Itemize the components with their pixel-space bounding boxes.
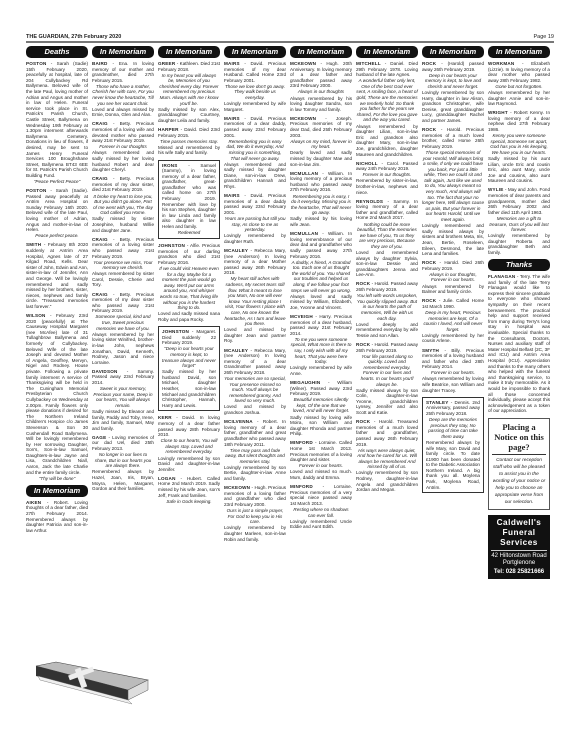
- notice-remembered-by: Lovingly remembered Uncle Eddie and Aunt…: [290, 519, 352, 530]
- notice-surname: JOHNSTON: [158, 243, 185, 248]
- notice-text: ROCK - Harold. Passed away 26th February…: [356, 281, 418, 292]
- column-3: In Memoriam GREER - Kathleen. Died 21st …: [158, 46, 220, 508]
- notice-entry: JOHNSTON - Alfie. Precious memories of o…: [158, 243, 220, 322]
- notice-surname: POSTON: [26, 61, 47, 66]
- column-deaths: Deaths POSTON - Sarah (Sadie) 15th Febru…: [26, 46, 88, 537]
- newspaper-page: THE GUARDIAN, 27th February 2020 Page 19…: [26, 28, 554, 728]
- notice-verse: His ways were always quiet, And how he c…: [356, 448, 418, 470]
- notice-entry: MCMULLAN - William. In loving memory of …: [290, 171, 352, 228]
- advert-title: Caldwell's Funeral Services: [491, 518, 547, 551]
- notice-surname: HARPER: [158, 127, 179, 132]
- notice-verse: Safe in Gods keeping.: [158, 499, 220, 505]
- notice-verse: In my heart you will always be, Memories…: [158, 73, 220, 107]
- notice-text: LOGAN - Hubert. Called Home 2nd March 20…: [158, 476, 220, 498]
- notice-entry: IRONS - Samuel (Sammy), in loving memory…: [158, 160, 220, 240]
- notice-remembered-by: Loved and missed by daughter Jean and pa…: [224, 327, 286, 344]
- notice-text: POSTON - Sarah (Sadie) 15th February 202…: [26, 61, 88, 178]
- notice-verse: Memories are a gift to treasure, Ours of…: [488, 216, 550, 233]
- masthead: THE GUARDIAN, 27th February 2020 Page 19: [26, 28, 554, 40]
- notice-surname: MCMULLAN: [290, 231, 318, 236]
- notice-verse: Forever in our thoughts: [92, 144, 154, 150]
- notice-body: - Sarah (Sadie) 15th February 2020, peac…: [26, 61, 88, 178]
- notice-text: WILSON - February 23rd 2020 (peacefully)…: [26, 313, 88, 475]
- notice-title: Placing a Notice on this page?: [492, 422, 546, 455]
- notice-entry: REYNOLDS - Sammy. In loving memory of a …: [356, 199, 418, 278]
- notice-text: DAVIDSON - Sammy. Passed away 23rd Febru…: [92, 369, 154, 386]
- notice-surname: MCKEOWN: [290, 61, 316, 66]
- notice-surname: WORKMAN: [488, 61, 514, 66]
- notice-entry: MAIRS - David. Precious memories of a de…: [224, 116, 286, 190]
- notice-remembered-by: Always remembered and sadly missed by da…: [224, 162, 286, 190]
- notice-entry: MINFORD - Lorraine. Called Home 1st Marc…: [290, 440, 352, 480]
- notice-entry: MAIRS - David. Precious memories of my d…: [224, 61, 286, 112]
- notice-verse: Time may pass and fade away, But silent …: [224, 448, 286, 465]
- notice-remembered-by: Remembered always by Hazel, Joan, Iris, …: [92, 469, 154, 491]
- notice-text: ROCK - Harold. Precious memories of a mu…: [422, 127, 484, 149]
- notice-entry: ROCK - Julie. Called Home 1st March 1990…: [422, 298, 484, 344]
- notice-surname: SMITH: [26, 242, 41, 247]
- notice-text: REYNOLDS - Sammy. In loving memory of a …: [356, 199, 418, 221]
- notice-remembered-by: Dearly loved and sadly missed by daughte…: [290, 150, 352, 167]
- notice-text: GAGE - Loving memories of our dad Uel, d…: [92, 435, 154, 452]
- notice-entry: WORKMAN - Elizabeth (Lizzie). In loving …: [488, 61, 550, 107]
- notice-verse: It broke my heart to lose you, But you d…: [92, 194, 154, 216]
- notice-text: MINFORD - Lorraine. Called Home 1st Marc…: [290, 440, 352, 462]
- notice-text: NICHOLL - Carol. Passed away 24th Februa…: [356, 161, 418, 172]
- notice-body: - Sarah (Sadie). Passed away peacefully …: [26, 188, 88, 232]
- notice-surname: WYLIE: [488, 187, 504, 192]
- notice-surname: ROCK: [356, 419, 370, 424]
- notice-entry: MCKEOWN - Hugh. Precious memories of a l…: [224, 485, 286, 542]
- notice-verse: Close to our hearts, You will always sta…: [158, 438, 220, 455]
- notice-surname: GAGE: [92, 435, 106, 440]
- notice-entry: MCVEIGH - Harry. Precious memories of a …: [290, 314, 352, 377]
- notice-surname: WRIGHT: [488, 110, 508, 115]
- notice-remembered-by: Lovingly remembered by wife Margaret.: [224, 101, 286, 112]
- placing-notice-box: Placing a Notice on this page? Contact o…: [488, 418, 550, 510]
- notice-surname: SMYTH: [422, 348, 439, 353]
- section-header-thanks: Thanks: [488, 259, 550, 271]
- notice-verse: "Peace Perfect Peace": [26, 179, 88, 185]
- notice-verse: Time passes memories stay.: [158, 139, 220, 145]
- notice-entry: MITCHELL - Daniel. Died 29th February 19…: [356, 61, 418, 157]
- notice-entry: MEGAUGHIN - William (Wilner). Passed awa…: [290, 380, 352, 437]
- notice-verse: Always in our thoughts: [290, 89, 352, 95]
- section-header-in-memoriam: In Memoriam: [422, 46, 484, 58]
- notice-surname: REYNOLDS: [356, 199, 383, 204]
- notice-text: MCAULEY - Rebecca Mary, (nee Anderson) I…: [224, 348, 286, 376]
- header-rule: [26, 41, 554, 43]
- notice-remembered-by: Always remembered by her daughter Annie …: [488, 90, 550, 107]
- notice-entry: CRAIG - Betty. Precious memories of my d…: [92, 176, 154, 233]
- notice-verse: Ours is just a simple prayer, For God to…: [224, 508, 286, 525]
- notice-text: AIKEN - Robert. Loving thoughts of a dea…: [26, 500, 88, 534]
- notice-text: MEGAUGHIN - William (Wilner). Passed awa…: [290, 380, 352, 397]
- notice-entry: LOGAN - Hubert. Called Home 2nd March 20…: [158, 476, 220, 504]
- notice-surname: KERR: [158, 415, 172, 420]
- notice-text: MCAULEY - Rebecca Mary, (nee Anderson) I…: [224, 248, 286, 276]
- notice-entry: AIKEN - Robert. Loving thoughts of a dea…: [26, 500, 88, 534]
- notice-surname: MCAULEY: [224, 248, 248, 253]
- notice-body: - Terry. The wife and family of the late…: [488, 274, 550, 413]
- notice-entry: MCKEOWN - Joseph. Precious memories of m…: [290, 116, 352, 167]
- notice-text: BAIRD - Ena. In loving memory of our mot…: [92, 61, 154, 83]
- notice-surname: CRAIG: [92, 176, 108, 181]
- notice-body: - Samuel (Sammy), in loving memory of a …: [162, 163, 216, 230]
- notice-surname: DAVIDSON: [92, 369, 118, 374]
- notice-remembered-by: Always remembered by his loving daughter…: [290, 96, 352, 113]
- notice-verse: Years are passing but still you stay, As…: [224, 216, 286, 233]
- notice-remembered-by: Lovingly remembered by daughter Roberta …: [488, 233, 550, 255]
- column-8: In Memoriam WORKMAN - Elizabeth (Lizzie)…: [488, 46, 550, 579]
- notice-entry: BAIRD - Ena. In loving memory of our mot…: [92, 61, 154, 118]
- notice-entry: DAVIDSON - Sammy. Passed away 23rd Febru…: [92, 369, 154, 432]
- notice-surname: JOHNSTON: [162, 329, 189, 334]
- notice-verse: Those we love don't go away. They walk b…: [224, 84, 286, 101]
- notice-remembered-by: Loved and sadly missed nana Roby and pap…: [158, 311, 220, 322]
- column-6: In Memoriam MITCHELL - Daniel. Died 29th…: [356, 46, 418, 496]
- bible-cross-illustration: [28, 660, 153, 706]
- notice-surname: CRAIG: [92, 121, 108, 126]
- notice-text: MCKEOWN - Hugh. Precious memories of a l…: [224, 485, 286, 507]
- notice-text: ROCK - Julie. Called Home 1st March 1990…: [422, 298, 484, 309]
- notice-verse: Peace perfect peace.: [26, 233, 88, 239]
- notice-surname: BAIRD: [92, 61, 108, 66]
- notice-text: MAIRS - David. Precious memories of a de…: [224, 193, 286, 215]
- notice-text: MCMULLAN - William. In loving remembranc…: [290, 231, 352, 259]
- notice-remembered-by: Sadly missed by son Alex, granddaughter …: [158, 107, 220, 124]
- notice-entry: POSTON - Sarah (Sadie) 15th February 202…: [26, 61, 88, 185]
- notice-remembered-by: Remembered by sister-in-law, brother-in-…: [356, 178, 418, 195]
- notice-text: MINFORD - Lorraine. Precious memories of…: [290, 484, 352, 506]
- notice-verse: Those special memories of your Harold, W…: [422, 150, 484, 223]
- notice-verse: Nothing could be more beautiful, Than th…: [356, 222, 418, 250]
- notice-text: WYLIE - May and John. Fond memories of d…: [488, 187, 550, 215]
- notice-entry: SMYTH - Billy. Precious memories of a lo…: [422, 348, 484, 394]
- notice-entry: MINFORD - Lorraine. Precious memories of…: [290, 484, 352, 530]
- notice-remembered-by: Lovingly remembered by daughter Marleen,…: [224, 525, 286, 542]
- notice-remembered-by: Lovingly remembered by her cousin Arlene…: [422, 333, 484, 344]
- notice-body: - Robert. Loving thoughts of a dear fath…: [26, 500, 88, 533]
- notice-text: KERR - David. In loving memory of a dear…: [158, 415, 220, 437]
- column-2: In Memoriam BAIRD - Ena. In loving memor…: [92, 46, 154, 495]
- notice-surname: POSTON: [26, 188, 47, 193]
- notice-remembered-by: Lovingly remembered by wife Anne.: [290, 365, 352, 376]
- section-header-in-memoriam: In Memoriam: [488, 46, 550, 58]
- notice-surname: MAIRS: [224, 61, 240, 66]
- notice-entry: CRAIG - Betty. Precious memories of a lo…: [92, 121, 154, 172]
- notice-text: MCKEOWN - Joseph. Precious memories of m…: [290, 116, 352, 138]
- notice-entry: WILSON - February 23rd 2020 (peacefully)…: [26, 313, 88, 481]
- notice-surname: ROCK: [356, 342, 370, 347]
- notice-text: CRAIG - Betty. Precious memories of a lo…: [92, 121, 154, 143]
- notice-remembered-by: Loved and missed so much. Mum, daddy and…: [290, 469, 352, 480]
- notice-remembered-by: Always remembered by Balmer and family c…: [422, 284, 484, 295]
- notice-verse: Deep are the memories precious they stay…: [426, 417, 480, 439]
- notice-remembered-by: Always remembered and sadly missed by he…: [92, 150, 154, 172]
- notice-verse: No longer in our lives to share, But in …: [92, 452, 154, 469]
- notice-entry: JOHNSTON - Margaret. Died suddenly 22 Fe…: [158, 326, 220, 411]
- notice-surname: ROCK: [356, 281, 370, 286]
- notice-surname: MCMULLAN: [290, 171, 318, 176]
- notice-surname: MEGAUGHIN: [290, 380, 320, 385]
- notice-verse: "Deep in our hearts your memory is kept,…: [162, 346, 216, 368]
- notice-remembered-by: Missed and remembered by his wife Sally …: [158, 145, 220, 156]
- notice-text: SMITH - February 8th 2020 suddenly at An…: [26, 242, 88, 309]
- section-header-in-memoriam: In Memoriam: [92, 46, 154, 58]
- notice-surname: WILSON: [26, 313, 46, 318]
- notice-text: CRAIG - Betty. Precious memories of a lo…: [92, 237, 154, 259]
- notice-text: MAIRS - David. Precious memories of a de…: [224, 116, 286, 138]
- notice-text: MCILVENNA - Robert. In loving memory of …: [224, 419, 286, 447]
- notice-surname: MCVEIGH: [290, 314, 313, 319]
- notice-entry: GAGE - Loving memories of our dad Uel, d…: [92, 435, 154, 492]
- section-header-in-memoriam: In Memoriam: [224, 46, 286, 58]
- notice-entry: ROCK - Harold. Passed away 26th February…: [356, 342, 418, 416]
- advert-address: 42 Hiltonstown Road Portglenone: [491, 553, 547, 568]
- notice-verse: You left with words unspoken, You quickl…: [356, 293, 418, 321]
- notice-text: FLANAGAN - Terry. The wife and family of…: [488, 274, 550, 414]
- notice-verse: Your life passed along so quickly. Loved…: [356, 354, 418, 388]
- notice-verse: Always on my mind, forever in my heart.: [290, 139, 352, 150]
- notice-entry: HARPER - David. Died 23rd February 2015.…: [158, 127, 220, 156]
- notice-entry: WYLIE - May and John. Fond memories of d…: [488, 187, 550, 255]
- notice-remembered-by: Loved and missed by grandson Joshua.: [224, 404, 286, 415]
- notice-remembered-by: Sadly missed by his loving wife Jean.: [290, 216, 352, 227]
- notice-surname: LOGAN: [158, 476, 176, 481]
- notice-text: ROCK - (Harold) passed away 26th Februar…: [422, 61, 484, 72]
- notice-remembered-by: Lovingly remembered by son Harry, daught…: [422, 90, 484, 124]
- notice-remembered-by: Always remembered by loving wife Beatric…: [422, 376, 484, 393]
- notice-verse: Your presence we miss, Your memory we ch…: [92, 260, 154, 271]
- notice-text: GREER - Kathleen. Died 21st February 201…: [158, 61, 220, 72]
- column-4: In Memoriam MAIRS - David. Precious memo…: [224, 46, 286, 546]
- notice-text: POSTON - Sarah (Sadie). Passed away peac…: [26, 188, 88, 233]
- notice-text: ROCK - Harold. Passed away 26th February…: [356, 342, 418, 353]
- notice-surname: GREER: [158, 61, 175, 66]
- notice-verse: A daddy, A friend, A Grandad too. Each o…: [290, 260, 352, 294]
- notice-verse: Resting where no shadows can ever fall.: [290, 507, 352, 518]
- notice-surname: ROCK: [422, 260, 436, 265]
- notice-verse: Beautiful memories silently kept, Of the…: [290, 397, 352, 414]
- notice-entry: POSTON - Sarah (Sadie). Passed away peac…: [26, 188, 88, 239]
- page-number: Page 19: [534, 34, 555, 40]
- notice-surname: MCAULEY: [224, 348, 248, 353]
- section-header-in-memoriam: In Memoriam: [26, 485, 88, 497]
- notice-surname: MCKEOWN: [290, 116, 316, 121]
- notice-entry: MAIRS - David. Precious memories of a de…: [224, 193, 286, 244]
- notice-verse: Gone but not forgotten.: [488, 84, 550, 90]
- notice-body: - February 8th 2020 suddenly at Antrim A…: [26, 242, 88, 309]
- notice-surname: MAIRS: [224, 193, 240, 198]
- notice-entry: WRIGHT - Robert Kenny. In loving memory …: [488, 110, 550, 184]
- notice-remembered-by: Lovingly remembered by son David and dau…: [158, 456, 220, 473]
- notice-entry: SMITH - February 8th 2020 suddenly at An…: [26, 242, 88, 309]
- notice-entry: NICHOLL - Carol. Passed away 24th Februa…: [356, 161, 418, 196]
- notice-text: ROCK - Harold. Died 26th February 2019.: [422, 260, 484, 271]
- notice-entry: ROCK - (Harold) passed away 26th Februar…: [422, 61, 484, 124]
- notice-verse: Redeemed: [162, 230, 216, 236]
- notice-surname: MINFORD: [290, 484, 313, 489]
- notice-verse: If we could visit Heaven even for a day,…: [158, 266, 220, 311]
- notice-remembered-by: Lovingly remembered by son Rodney, daugh…: [356, 470, 418, 492]
- notice-entry: FLANAGAN - Terry. The wife and family of…: [488, 274, 550, 414]
- notice-remembered-by: Loved deeply and remembered everyday by …: [356, 322, 418, 339]
- section-header-in-memoriam: In Memoriam: [356, 46, 418, 58]
- notice-entry: GREER - Kathleen. Died 21st February 201…: [158, 61, 220, 124]
- notice-verse: Those who have a mother, Cherish her wit…: [92, 84, 154, 106]
- notice-entry: MCKEOWN - Hugh. 20th Anniversary. In lov…: [290, 61, 352, 112]
- notice-entry: CRAIG - Betty. Precious memories of a lo…: [92, 237, 154, 288]
- section-header-in-memoriam: In Memoriam: [290, 46, 352, 58]
- notice-text: MCMULLAN - William. In loving memory of …: [290, 171, 352, 193]
- notice-text: WRIGHT - Robert Kenny. In loving memory …: [488, 110, 550, 132]
- notice-verse: Deep in our hearts your memory is kept, …: [422, 73, 484, 90]
- notice-verse: Your memories are so special, Your prese…: [224, 376, 286, 404]
- notice-remembered-by: Remembered always by wife Mary, son Davi…: [426, 440, 480, 490]
- column-7: In Memoriam ROCK - (Harold) passed away …: [422, 46, 484, 497]
- notice-surname: ROCK: [422, 127, 436, 132]
- notice-entry: CRAIG - Betty. Precious memories of my d…: [92, 292, 154, 366]
- notice-entry: ROCK - Harold. Died 26th February 2019.A…: [422, 260, 484, 295]
- section-header-in-memoriam: In Memoriam: [158, 46, 220, 58]
- notice-remembered-by: Sadly missed by his aunt Lilian, uncle E…: [488, 156, 550, 184]
- notice-surname: CRAIG: [92, 237, 108, 242]
- notice-verse: Forever in our thoughts.: [356, 172, 418, 178]
- notice-surname: IRONS: [162, 163, 178, 168]
- notice-verse: My heart still aches with sadness, My se…: [224, 276, 286, 326]
- notice-verse: Forever in our hearts.: [290, 463, 352, 469]
- notice-text: CRAIG - Betty. Precious memories of my d…: [92, 292, 154, 314]
- notice-text: MITCHELL - Daniel. Died 29th February 19…: [356, 61, 418, 78]
- notice-verse: To me you were someone special, What mor…: [290, 337, 352, 365]
- notice-entry: ROCK - Harold. Treasured memories of a m…: [356, 419, 418, 493]
- funeral-services-advert: Caldwell's Funeral Services 42 Hiltonsto…: [488, 515, 550, 579]
- notice-body: - February 23rd 2020 (peacefully) at The…: [26, 313, 88, 475]
- notice-verse: Kenny you were someone special, Someone …: [488, 133, 550, 155]
- notice-text: IRONS - Samuel (Sammy), in loving memory…: [162, 163, 216, 230]
- notice-verse: A wonderful father only lent, One of the…: [356, 78, 418, 123]
- notice-text: ROCK - Harold. Treasured memories of a m…: [356, 419, 418, 447]
- notice-text: SMYTH - Billy. Precious memories of a lo…: [422, 348, 484, 370]
- notice-text: MCKEOWN - Hugh. 20th Anniversary. In lov…: [290, 61, 352, 89]
- notice-surname: ROCK: [422, 61, 436, 66]
- notice-remembered-by: Lovingly remembered by daughter Ruth.: [224, 233, 286, 244]
- notice-remembered-by: Always remembered by sister Carol, Dessi…: [92, 271, 154, 288]
- notice-verse: Sweet is your memory, Precious your name…: [92, 386, 154, 408]
- notice-verse: "Thy will be done": [26, 476, 88, 482]
- notice-surname: ROCK: [422, 298, 436, 303]
- notice-verse: Someone special, kind and true, Sweet pr…: [92, 314, 154, 331]
- notice-verse: Always in our thoughts, Forever in our h…: [422, 272, 484, 283]
- notice-surname: MITCHELL: [356, 61, 381, 66]
- notice-verse: Forever in our hearts.: [422, 370, 484, 376]
- publication-title: THE GUARDIAN, 27th February 2020: [26, 34, 121, 40]
- notice-text: HARPER - David. Died 23rd February 2015.: [158, 127, 220, 138]
- notice-remembered-by: Always remembered by daughter Lilian, so…: [356, 124, 418, 158]
- notice-entry: KERR - David. In loving memory of a dear…: [158, 415, 220, 472]
- notice-surname: FLANAGAN: [488, 274, 515, 279]
- notice-remembered-by: Lovingly remembered and sadly missed alw…: [422, 223, 484, 257]
- notice-text: JOHNSTON - Margaret. Died suddenly 22 Fe…: [162, 329, 216, 346]
- notice-surname: MAIRS: [224, 116, 240, 121]
- notice-text: MCVEIGH - Harry. Precious memories of a …: [290, 314, 352, 336]
- notice-verse: Remembering you is easy dad, We do it ev…: [224, 139, 286, 161]
- notice-surname: MCKEOWN: [224, 485, 250, 490]
- notice-entry: ROCK - Harold. Passed away 26th February…: [356, 281, 418, 338]
- notice-text: STANLEY - Dennis. 2nd Anniversary, passe…: [426, 400, 480, 417]
- notice-entry: MCAULEY - Rebecca Mary, (nee Anderson) I…: [224, 248, 286, 344]
- notice-remembered-by: Lovingly remembered by son Bertie, daugh…: [224, 465, 286, 482]
- notice-remembered-by: Sadly missed by her husband David, son M…: [162, 369, 216, 408]
- advert-telephone: Tel: 028 25821666: [491, 570, 547, 576]
- notice-surname: NICHOLL: [356, 161, 378, 166]
- notice-text: JOHNSTON - Alfie. Precious memories of o…: [158, 243, 220, 265]
- notice-surname: AIKEN: [26, 500, 41, 505]
- notice-remembered-by: Loved and remembered always by daughter …: [356, 250, 418, 278]
- notice-text: CRAIG - Betty. Precious memories of my d…: [92, 176, 154, 193]
- notice-entry: STANLEY - Dennis. 2nd Anniversary, passe…: [422, 397, 484, 494]
- column-5: In Memoriam MCKEOWN - Hugh. 20th Anniver…: [290, 46, 352, 533]
- notice-entry: MCILVENNA - Robert. In loving memory of …: [224, 419, 286, 482]
- notice-remembered-by: Sadly missed by loving wife Moira, son W…: [290, 415, 352, 437]
- notice-remembered-by: Loved and always missed by Ernie, Donna,…: [92, 107, 154, 118]
- notice-surname: CRAIG: [92, 292, 108, 297]
- notice-verse: Deep in my heart, Precious memories are …: [422, 310, 484, 332]
- notice-entry: MCAULEY - Rebecca Mary, (nee Anderson) I…: [224, 348, 286, 416]
- notice-remembered-by: Always remembered by her loving sister W…: [92, 332, 154, 366]
- notice-text: MAIRS - David. Precious memories of my d…: [224, 61, 286, 83]
- notice-surname: STANLEY: [426, 400, 449, 405]
- notice-text: WORKMAN - Elizabeth (Lizzie). In loving …: [488, 61, 550, 83]
- notice-entry: MCMULLAN - William. In loving remembranc…: [290, 231, 352, 310]
- notice-surname: MINFORD: [290, 440, 313, 445]
- notice-remembered-by: Sadly missed always by son Colin, daught…: [356, 388, 418, 416]
- notice-entry: ROCK - Harold. Precious memories of a mu…: [422, 127, 484, 257]
- notice-surname: MCILVENNA: [224, 419, 253, 424]
- notice-verse: Remembering you is easy, I do it everyda…: [290, 194, 352, 216]
- notice-remembered-by: Sadly missed by Eleanor and family, Padd…: [92, 409, 154, 431]
- notice-body: Contact our reception staff who will be …: [492, 457, 546, 506]
- section-header-deaths: Deaths: [26, 46, 88, 58]
- notice-remembered-by: Sadly missed by sister Josephine, husban…: [92, 216, 154, 233]
- notice-remembered-by: Always loved and sadly missed by William…: [290, 294, 352, 311]
